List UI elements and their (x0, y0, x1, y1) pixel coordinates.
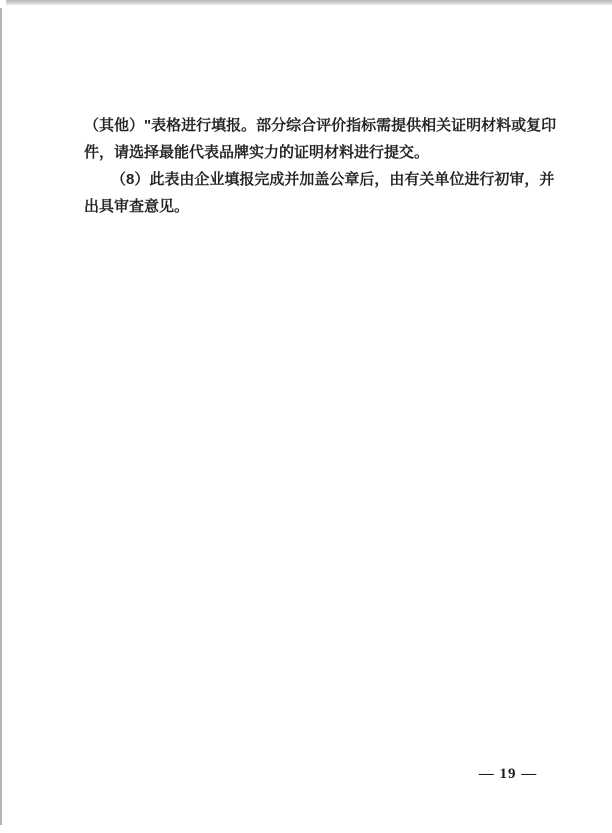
paragraph2-line2: 出具审查意见。 (84, 193, 556, 220)
body-text: （其他）"表格进行填报。部分综合评价指标需提供相关证明材料或复印 件，请选择最能… (84, 112, 556, 220)
paragraph2-line1: （8）此表由企业填报完成并加盖公章后，由有关单位进行初审，并 (84, 166, 556, 193)
scan-edge-top (6, 0, 612, 5)
paragraph1-line2: 件，请选择最能代表品牌实力的证明材料进行提交。 (84, 139, 556, 166)
page-number: — 19 — (458, 766, 558, 783)
scan-edge-left (0, 8, 2, 825)
paragraph1-line1: （其他）"表格进行填报。部分综合评价指标需提供相关证明材料或复印 (84, 112, 556, 139)
document-page: （其他）"表格进行填报。部分综合评价指标需提供相关证明材料或复印 件，请选择最能… (0, 0, 612, 833)
